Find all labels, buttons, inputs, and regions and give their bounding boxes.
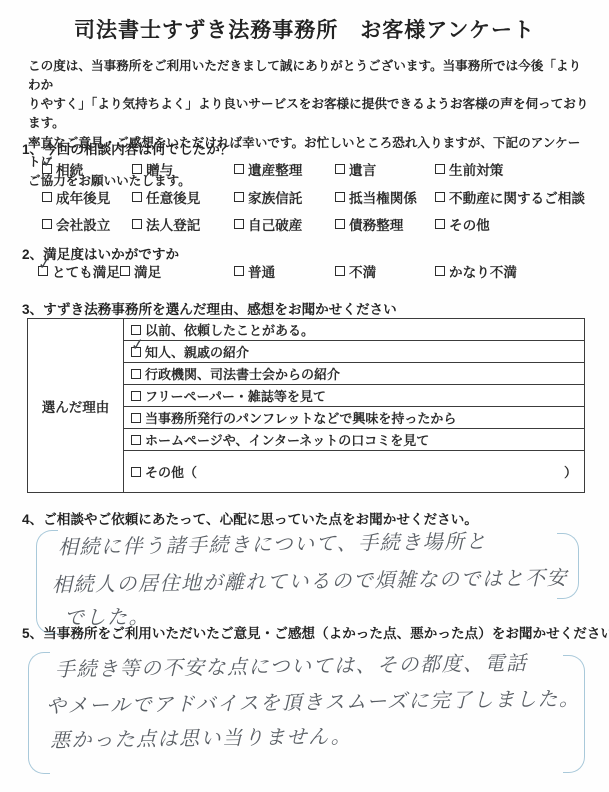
check-mark-icon: ✓ [130, 337, 145, 354]
reason-other-close-paren: ） [564, 462, 577, 481]
checkbox-predeath-planning[interactable]: ✓ [435, 164, 445, 174]
reason-table-header: 選んだ理由 [28, 319, 124, 492]
reason-row-free-paper[interactable]: ✓ フリーペーパー・雑誌等を見て [124, 385, 584, 407]
page-title: 司法書士すずき法務事務所 お客様アンケート [0, 14, 609, 44]
reason-table: 選んだ理由 ✓ 以前、依頼したことがある。 ✓ 知人、親戚の紹介 ✓ 行政機関、… [27, 318, 585, 493]
checkbox-neutral[interactable]: ✓ [234, 266, 244, 276]
option-label: 生前対策 [449, 159, 503, 179]
q1-options-row-3: ✓ 会社設立 ✓ 法人登記 ✓ 自己破産 ✓ 債務整理 ✓ その他 [42, 214, 490, 234]
q1-option-company-formation[interactable]: ✓ 会社設立 [42, 214, 132, 234]
q2-option-neutral[interactable]: ✓ 普通 [234, 261, 335, 281]
option-label: 家族信託 [248, 187, 302, 207]
checkbox-dissatisfied[interactable]: ✓ [335, 266, 345, 276]
check-mark-icon: ✓ [41, 154, 56, 171]
q2-option-satisfied[interactable]: ✓ 満足 [120, 261, 234, 281]
checkbox-referral-acquaintance[interactable]: ✓ [131, 347, 141, 357]
checkbox-adult-guardianship[interactable]: ✓ [42, 192, 52, 202]
q1-option-adult-guardianship[interactable]: ✓ 成年後見 [42, 187, 132, 207]
option-label: 相続 [56, 159, 83, 179]
checkbox-very-satisfied[interactable]: ✓ [38, 266, 48, 276]
q1-option-bankruptcy[interactable]: ✓ 自己破産 [234, 214, 335, 234]
checkbox-debt-restructuring[interactable]: ✓ [335, 219, 345, 229]
q4-answer-line-1: 相続に伴う諸手続きについて、手続き場所と [58, 532, 487, 558]
survey-page: 司法書士すずき法務事務所 お客様アンケート この度は、当事務所をご利用いただきま… [0, 0, 609, 792]
q2-option-dissatisfied[interactable]: ✓ 不満 [335, 261, 435, 281]
q2-option-very-satisfied[interactable]: ✓ とても満足 [38, 261, 120, 281]
q5-answer-bracket-right [563, 655, 585, 773]
reason-table-rows: ✓ 以前、依頼したことがある。 ✓ 知人、親戚の紹介 ✓ 行政機関、司法書士会か… [124, 319, 584, 492]
q2-option-very-dissatisfied[interactable]: ✓ かなり不満 [435, 261, 517, 281]
checkbox-referral-institution[interactable]: ✓ [131, 369, 141, 379]
reason-row-website-reviews[interactable]: ✓ ホームページや、インターネットの口コミを見て [124, 429, 584, 451]
q1-option-corporate-registration[interactable]: ✓ 法人登記 [132, 214, 234, 234]
checkbox-corporate-registration[interactable]: ✓ [132, 219, 142, 229]
option-label: とても満足 [52, 261, 120, 281]
checkbox-reason-other[interactable]: ✓ [131, 467, 141, 477]
option-label: 法人登記 [146, 214, 200, 234]
reason-label: 以前、依頼したことがある。 [145, 320, 314, 339]
option-label: 成年後見 [56, 187, 110, 207]
q1-option-voluntary-guardianship[interactable]: ✓ 任意後見 [132, 187, 234, 207]
checkbox-family-trust[interactable]: ✓ [234, 192, 244, 202]
reason-label: 当事務所発行のパンフレットなどで興味を持ったから [145, 408, 456, 427]
option-label: 抵当権関係 [349, 187, 417, 207]
q1-option-inheritance[interactable]: ✓ 相続 [42, 159, 132, 179]
reason-label: その他（ [145, 462, 197, 481]
reason-row-pamphlet[interactable]: ✓ 当事務所発行のパンフレットなどで興味を持ったから [124, 407, 584, 429]
option-label: 自己破産 [248, 214, 302, 234]
checkbox-used-before[interactable]: ✓ [131, 325, 141, 335]
reason-label: ホームページや、インターネットの口コミを見て [145, 430, 429, 449]
option-label: 債務整理 [349, 214, 403, 234]
option-label: 満足 [134, 261, 161, 281]
checkbox-other[interactable]: ✓ [435, 219, 445, 229]
q1-option-family-trust[interactable]: ✓ 家族信託 [234, 187, 335, 207]
checkbox-website-reviews[interactable]: ✓ [131, 435, 141, 445]
option-label: 遺言 [349, 159, 376, 179]
q1-option-estate-cleanup[interactable]: ✓ 遺産整理 [234, 159, 335, 179]
option-label: その他 [449, 214, 490, 234]
checkbox-mortgage[interactable]: ✓ [335, 192, 345, 202]
checkbox-real-estate[interactable]: ✓ [435, 192, 445, 202]
checkbox-company-formation[interactable]: ✓ [42, 219, 52, 229]
reason-row-used-before[interactable]: ✓ 以前、依頼したことがある。 [124, 319, 584, 341]
q1-options-row-2: ✓ 成年後見 ✓ 任意後見 ✓ 家族信託 ✓ 抵当権関係 ✓ 不動産に関するご相… [42, 187, 585, 207]
reason-label: フリーペーパー・雑誌等を見て [145, 386, 326, 405]
checkbox-gift[interactable]: ✓ [132, 164, 142, 174]
option-label: 不動産に関するご相談 [449, 187, 585, 207]
option-label: 不満 [349, 261, 376, 281]
q5-answer-line-3: 悪かった点は思い当りません。 [50, 727, 352, 751]
reason-label: 知人、親戚の紹介 [145, 342, 249, 361]
check-mark-icon: ✓ [37, 256, 52, 273]
q1-option-debt-restructuring[interactable]: ✓ 債務整理 [335, 214, 435, 234]
q1-option-other[interactable]: ✓ その他 [435, 214, 490, 234]
reason-label: 行政機関、司法書士会からの紹介 [145, 364, 340, 383]
checkbox-free-paper[interactable]: ✓ [131, 391, 141, 401]
checkbox-satisfied[interactable]: ✓ [120, 266, 130, 276]
q2-options-row: ✓ とても満足 ✓ 満足 ✓ 普通 ✓ 不満 ✓ かなり不満 [38, 261, 517, 281]
q3-label: 3、すずき法務事務所を選んだ理由、感想をお聞かせください [22, 298, 397, 318]
q4-label: 4、ご相談やご依頼にあたって、心配に思っていた点をお聞かせください。 [22, 508, 478, 528]
q1-option-real-estate[interactable]: ✓ 不動産に関するご相談 [435, 187, 585, 207]
reason-row-other[interactable]: ✓ その他（ ） [124, 451, 584, 492]
option-label: 任意後見 [146, 187, 200, 207]
q5-label: 5、当事務所をご利用いただいたご意見・ご感想（よかった点、悪かった点）をお聞かせ… [22, 622, 609, 642]
q5-answer-line-2: やメールでアドバイスを頂きスムーズに完了しました。 [46, 689, 581, 716]
checkbox-bankruptcy[interactable]: ✓ [234, 219, 244, 229]
checkbox-pamphlet[interactable]: ✓ [131, 413, 141, 423]
checkbox-estate-cleanup[interactable]: ✓ [234, 164, 244, 174]
checkbox-voluntary-guardianship[interactable]: ✓ [132, 192, 142, 202]
option-label: 会社設立 [56, 214, 110, 234]
checkbox-very-dissatisfied[interactable]: ✓ [435, 266, 445, 276]
checkbox-inheritance[interactable]: ✓ [42, 164, 52, 174]
q1-option-mortgage[interactable]: ✓ 抵当権関係 [335, 187, 435, 207]
q4-answer-line-2: 相続人の居住地が離れているので煩雑なのではと不安 [52, 568, 568, 595]
reason-row-referral-institution[interactable]: ✓ 行政機関、司法書士会からの紹介 [124, 363, 584, 385]
q5-answer-line-1: 手続き等の不安な点については、その都度、電話 [55, 654, 528, 681]
q1-options-row-1: ✓ 相続 ✓ 贈与 ✓ 遺産整理 ✓ 遺言 ✓ 生前対策 [42, 159, 503, 179]
q1-option-predeath-planning[interactable]: ✓ 生前対策 [435, 159, 503, 179]
checkbox-will[interactable]: ✓ [335, 164, 345, 174]
option-label: 贈与 [146, 159, 173, 179]
reason-row-referral-acquaintance[interactable]: ✓ 知人、親戚の紹介 [124, 341, 584, 363]
option-label: 普通 [248, 261, 275, 281]
q1-option-will[interactable]: ✓ 遺言 [335, 159, 435, 179]
option-label: 遺産整理 [248, 159, 302, 179]
option-label: かなり不満 [449, 261, 517, 281]
q1-option-gift[interactable]: ✓ 贈与 [132, 159, 234, 179]
